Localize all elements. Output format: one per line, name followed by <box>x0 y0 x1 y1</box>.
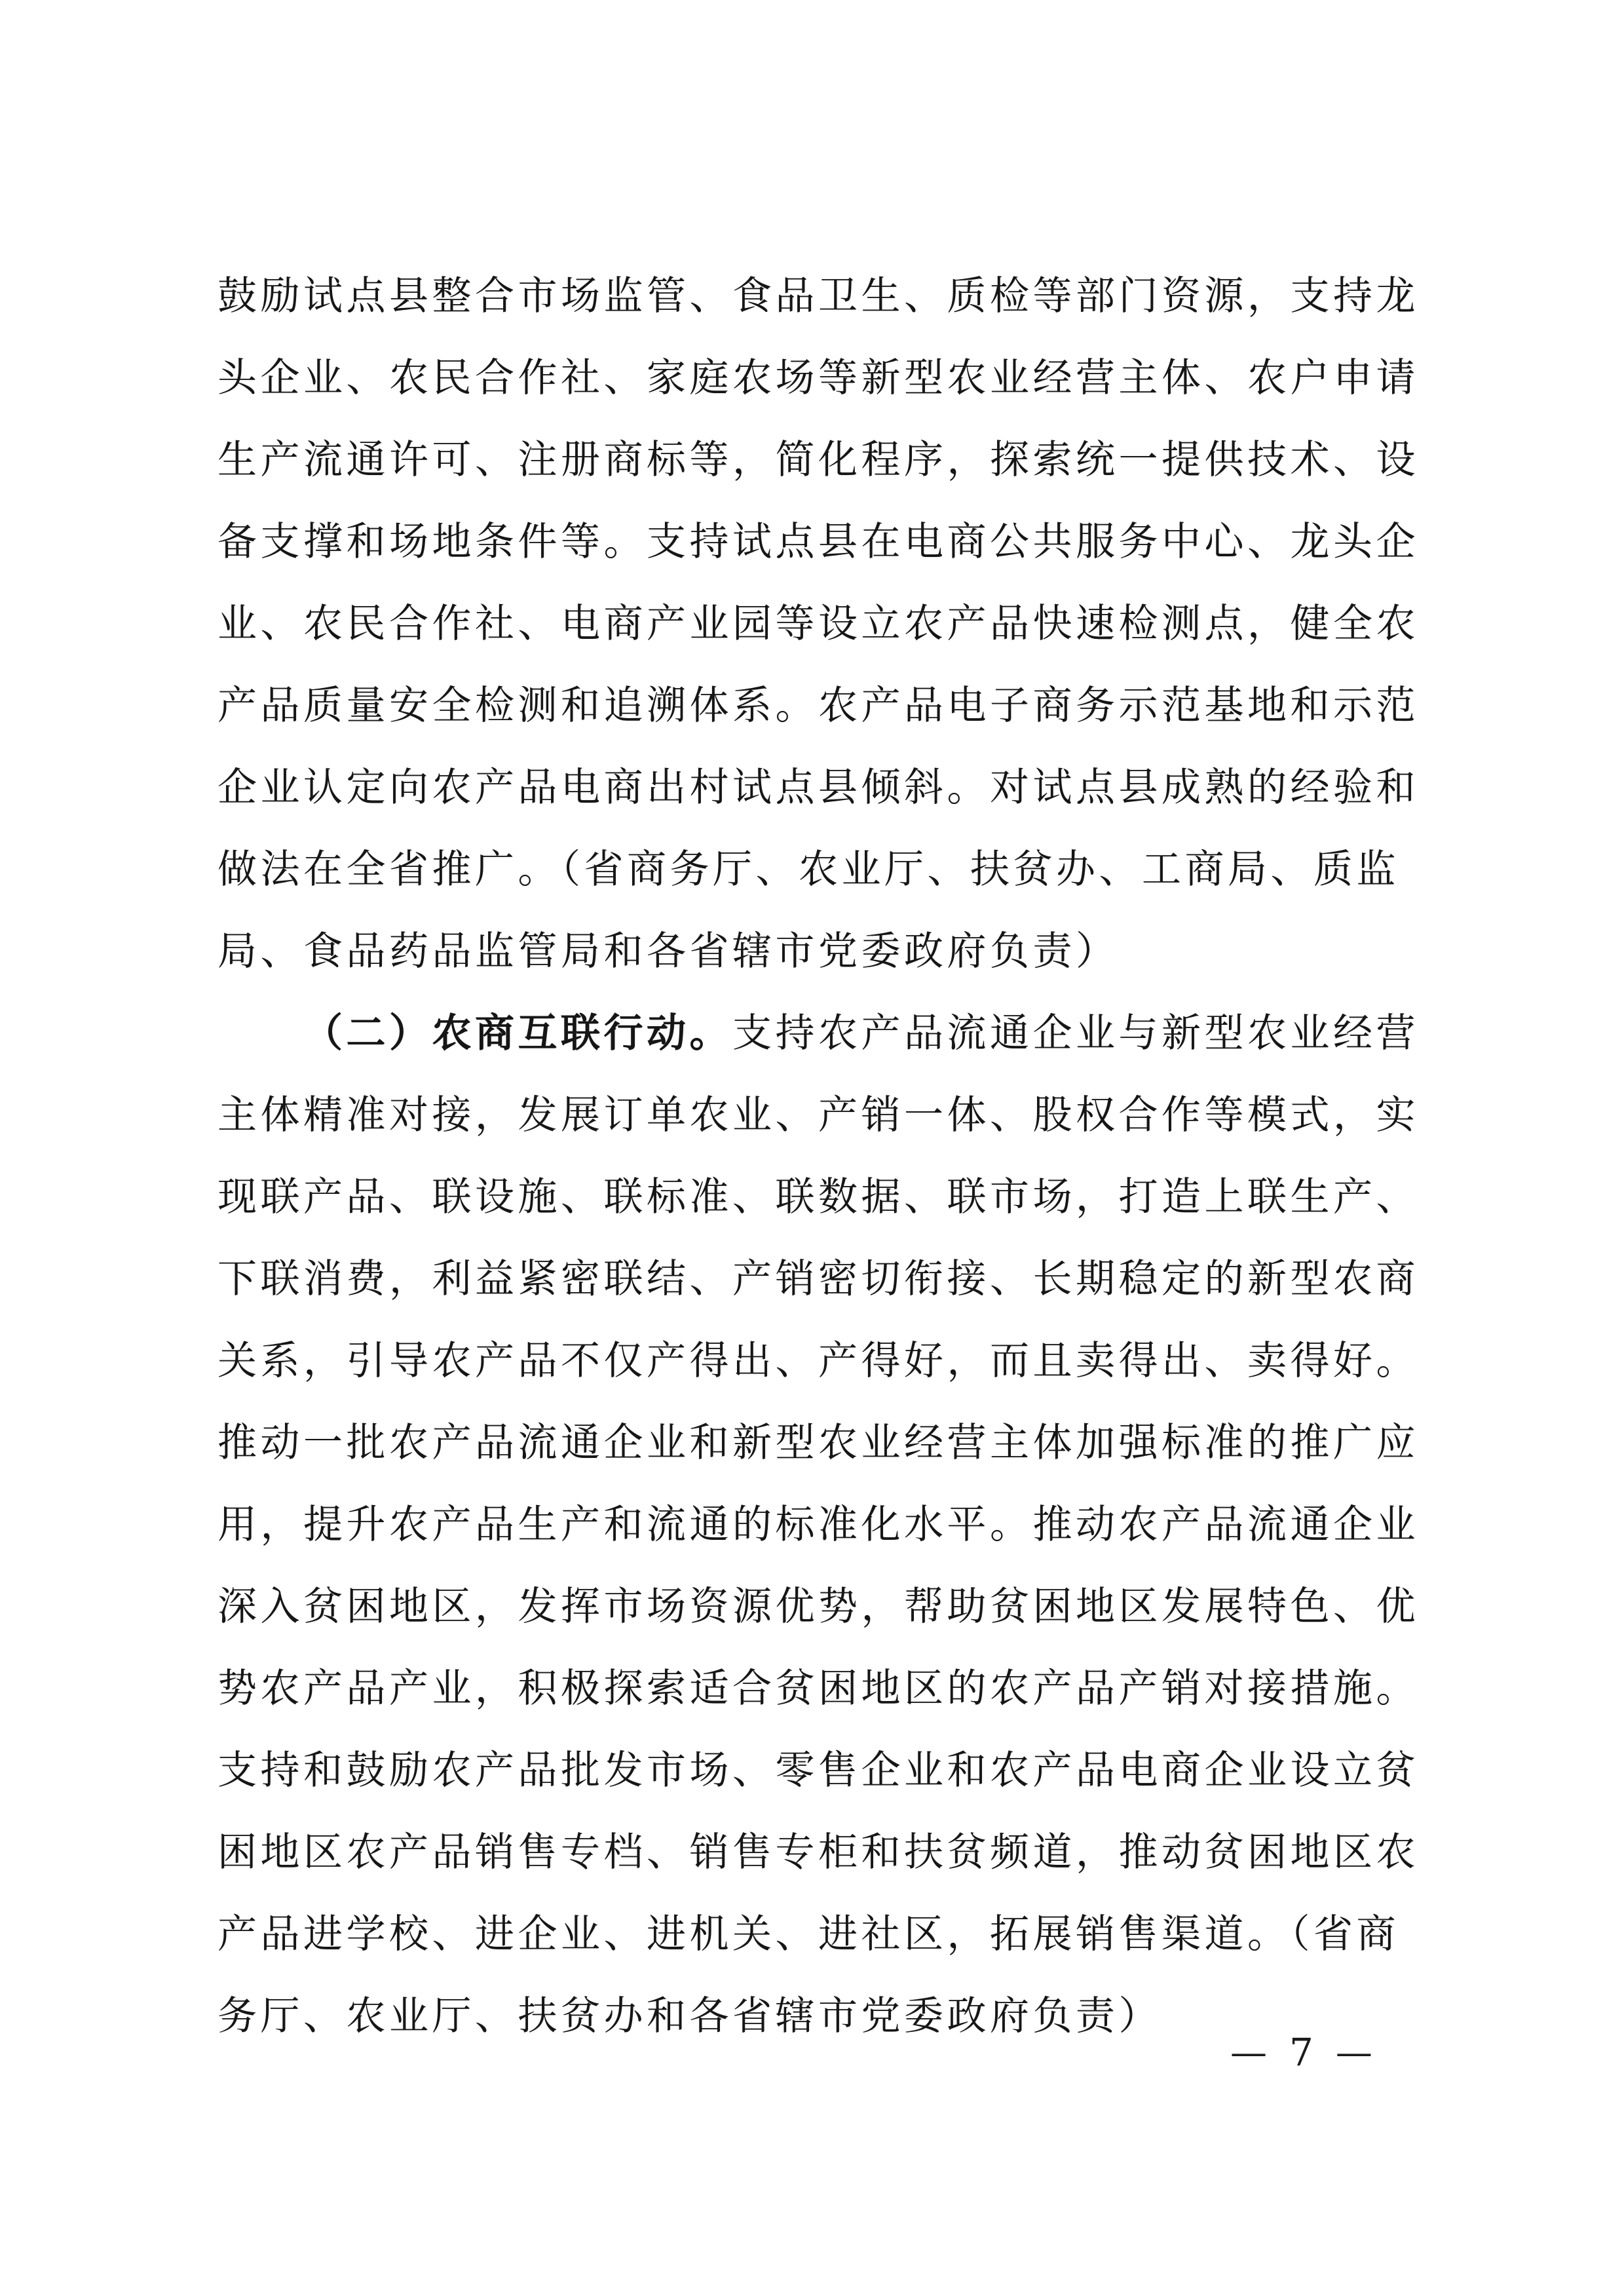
paragraph-2-line: 深入贫困地区，发挥市场资源优势，帮助贫困地区发展特色、优 <box>217 1566 1423 1648</box>
paragraph-1-line: 产品质量安全检测和追溯体系。农产品电子商务示范基地和示范 <box>217 665 1423 747</box>
scanned-document-page: 鼓励试点县整合市场监管、食品卫生、质检等部门资源，支持龙 头企业、农民合作社、家… <box>0 0 1624 2296</box>
paragraph-1-line: 做法在全省推广。（省商务厅、农业厅、扶贫办、工商局、质监 <box>217 829 1423 911</box>
paragraph-1-line: 业、农民合作社、电商产业园等设立农产品快速检测点，健全农 <box>217 583 1423 665</box>
section-heading: （二）农商互联行动。 <box>303 1010 732 1056</box>
paragraph-2-line: 推动一批农产品流通企业和新型农业经营主体加强标准的推广应 <box>217 1402 1423 1484</box>
page-number: 7 <box>1289 2030 1313 2075</box>
footer-dash-left: — <box>1230 2031 1267 2074</box>
paragraph-2-line: 现联产品、联设施、联标准、联数据、联市场，打造上联生产、 <box>217 1157 1423 1238</box>
paragraph-1-line: 鼓励试点县整合市场监管、食品卫生、质检等部门资源，支持龙 <box>217 256 1423 337</box>
paragraph-1-line: 备支撑和场地条件等。支持试点县在电商公共服务中心、龙头企 <box>217 501 1423 583</box>
paragraph-2-line: 主体精准对接，发展订单农业、产销一体、股权合作等模式，实 <box>217 1075 1423 1157</box>
section-heading-rest: 支持农产品流通企业与新型农业经营 <box>732 1010 1419 1056</box>
paragraph-1-line: 企业认定向农产品电商出村试点县倾斜。对试点县成熟的经验和 <box>217 747 1423 829</box>
paragraph-2-line: 用，提升农产品生产和流通的标准化水平。推动农产品流通企业 <box>217 1484 1423 1566</box>
paragraph-2-line: 支持和鼓励农产品批发市场、零售企业和农产品电商企业设立贫 <box>217 1730 1423 1812</box>
paragraph-1-line: 局、食品药品监管局和各省辖市党委政府负责） <box>217 911 1423 993</box>
paragraph-1-line: 头企业、农民合作社、家庭农场等新型农业经营主体、农户申请 <box>217 337 1423 419</box>
document-text: 鼓励试点县整合市场监管、食品卫生、质检等部门资源，支持龙 头企业、农民合作社、家… <box>217 256 1423 2057</box>
paragraph-2-line: 困地区农产品销售专档、销售专柜和扶贫频道，推动贫困地区农 <box>217 1812 1423 1894</box>
paragraph-2-line: 关系，引导农产品不仅产得出、产得好，而且卖得出、卖得好。 <box>217 1320 1423 1402</box>
page-footer: — 7 — <box>1230 2030 1372 2075</box>
paragraph-2-line: 下联消费，利益紧密联结、产销密切衔接、长期稳定的新型农商 <box>217 1238 1423 1320</box>
paragraph-2-line: 产品进学校、进企业、进机关、进社区，拓展销售渠道。（省商 <box>217 1894 1423 1976</box>
footer-dash-right: — <box>1336 2031 1372 2074</box>
paragraph-2-line: 势农产品产业，积极探索适合贫困地区的农产品产销对接措施。 <box>217 1648 1423 1730</box>
paragraph-1-line: 生产流通许可、注册商标等，简化程序，探索统一提供技术、设 <box>217 419 1423 501</box>
paragraph-2-heading-line: （二）农商互联行动。支持农产品流通企业与新型农业经营 <box>217 993 1423 1075</box>
